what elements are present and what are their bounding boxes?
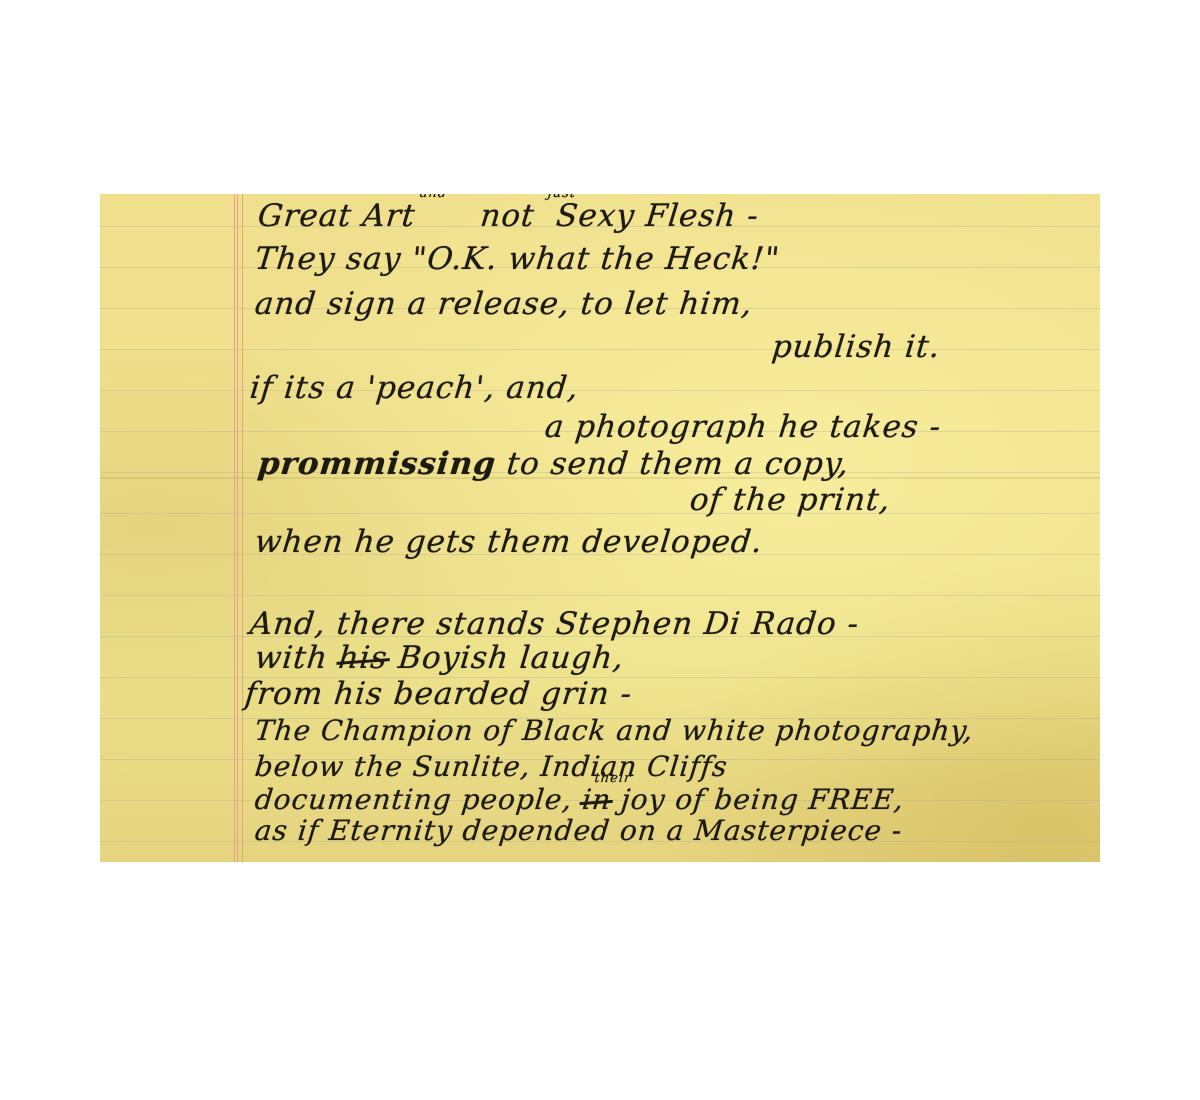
margin-line: [237, 194, 238, 862]
handwritten-line-1: Great Art and not just Sexy Flesh -: [256, 198, 761, 234]
struck-word: his: [337, 640, 390, 676]
handwritten-line-8: of the print,: [688, 482, 892, 518]
handwritten-line-7: prommissing to send them a copy,: [256, 446, 851, 482]
insert-and: and: [419, 194, 448, 201]
handwritten-line-10: And, there stands Stephen Di Rado -: [248, 606, 861, 642]
handwritten-line-16: as if Eternity depended on a Masterpiece…: [253, 814, 904, 847]
handwritten-line-4: publish it.: [770, 329, 942, 365]
line-1-part: Great Art: [256, 198, 417, 234]
line-7-part: prommissing: [256, 446, 498, 482]
margin-line: [234, 194, 235, 862]
legal-pad-page: Great Art and not just Sexy Flesh - They…: [100, 194, 1100, 862]
line-1-part: not: [468, 198, 548, 234]
handwritten-line-15: documenting people, theirin joy of being…: [253, 783, 906, 816]
handwritten-line-14: below the Sunlite, Indian Cliffs: [253, 750, 729, 783]
handwritten-line-6: a photograph he takes -: [543, 409, 943, 445]
line-11-part: with: [253, 640, 341, 676]
line-11-part: Boyish laugh,: [386, 640, 626, 676]
line-15-part: joy of being FREE,: [610, 783, 906, 816]
insert-just: just: [547, 194, 577, 201]
struck-word: in: [581, 783, 613, 816]
margin-line: [242, 194, 243, 862]
handwritten-line-13: The Champion of Black and white photogra…: [253, 714, 975, 747]
line-15-part: documenting people,: [253, 783, 584, 816]
handwritten-line-11: with his Boyish laugh,: [253, 640, 626, 676]
handwritten-line-12: from his bearded grin -: [243, 676, 634, 712]
line-1-part: Sexy Flesh -: [554, 198, 760, 234]
handwritten-line-3: and sign a release, to let him,: [253, 286, 754, 322]
handwritten-line-9: when he gets them developed.: [253, 524, 765, 560]
handwritten-line-5: if its a 'peach', and,: [248, 370, 580, 406]
handwritten-line-2: They say "O.K. what the Heck!": [253, 241, 782, 277]
line-7-part: to send them a copy,: [494, 446, 851, 482]
